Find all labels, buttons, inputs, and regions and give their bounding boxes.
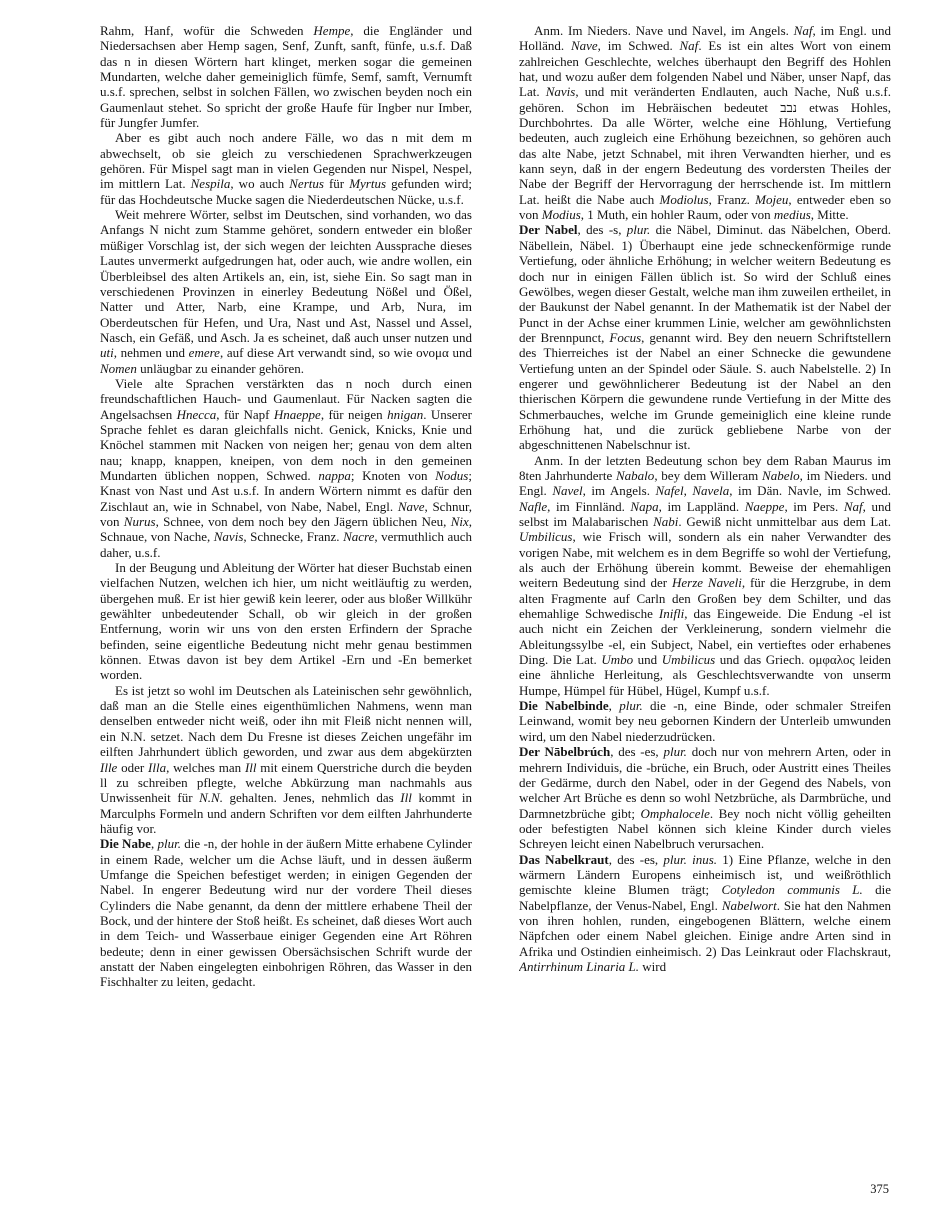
italic-term: hnigan [387, 407, 423, 422]
entry-der-nabel: Der Nabel, des -s, plur. die Näbel, Dimi… [519, 222, 891, 452]
dictionary-page: Rahm, Hanf, wofür die Schweden Hempe, di… [0, 0, 935, 1210]
text-segment: wird [639, 959, 666, 974]
text-segment: , und mit veränderten Endlauten, auch Na… [519, 84, 891, 206]
paragraph-in-der-beugung: In der Beugung und Ableitung der Wörter … [100, 560, 472, 683]
headword: Der Nābelbrúch [519, 744, 610, 759]
italic-term: Nave [398, 499, 425, 514]
text-segment: , genannt wird. Bey den neuern Schriftst… [519, 330, 891, 452]
entry-die-nabe: Die Nabe, plur. die -n, der hohle in der… [100, 836, 472, 989]
italic-term: Nespila [191, 176, 231, 191]
text-segment: Weit mehrere Wörter, selbst im Deutschen… [100, 207, 472, 345]
italic-term: Ill [245, 760, 257, 775]
italic-term: medius [774, 207, 811, 222]
italic-term: Nertus [289, 176, 324, 191]
left-column: Rahm, Hanf, wofür die Schweden Hempe, di… [100, 23, 472, 990]
italic-term: Nave [571, 38, 598, 53]
italic-term: Focus [609, 330, 641, 345]
italic-term: Hnaeppe [274, 407, 321, 422]
text-segment: , Franz. [709, 192, 756, 207]
italic-term: Hempe [313, 23, 350, 38]
text-segment: , Mitte. [811, 207, 849, 222]
italic-term: Naf [794, 23, 813, 38]
text-segment: , auf diese Art verwandt sind, so wie ον… [220, 345, 472, 360]
italic-term: plur. inus. [663, 852, 717, 867]
text-segment: , nehmen und [114, 345, 189, 360]
headword: Die Nabe [100, 836, 151, 851]
text-segment: oder [117, 760, 148, 775]
italic-term: Nabelo [762, 468, 800, 483]
italic-term: N.N. [199, 790, 223, 805]
paragraph-anm-im-nieders: Anm. Im Nieders. Nave und Navel, im Ange… [519, 23, 891, 222]
text-segment: die Näbel, Diminut. das Näbelchen, Oberd… [519, 222, 891, 344]
entry-der-nabelbruch: Der Nābelbrúch, des -es, plur. doch nur … [519, 744, 891, 851]
entry-die-nabelbinde: Die Nabelbinde, plur. die -n, eine Binde… [519, 698, 891, 744]
paragraph-rahm-hanf: Rahm, Hanf, wofür die Schweden Hempe, di… [100, 23, 472, 130]
text-segment: , im Schwed. [598, 38, 680, 53]
text-segment: die -n, der hohle in der äußern Mitte er… [100, 836, 472, 989]
text-segment: , für neigen [321, 407, 387, 422]
headword: Die Nabelbinde [519, 698, 609, 713]
paragraph-weit-mehrere: Weit mehrere Wörter, selbst im Deutschen… [100, 207, 472, 376]
text-segment: für [324, 176, 349, 191]
italic-term: Nix [451, 514, 469, 529]
text-segment: . Gewiß nicht unmittelbar aus dem Lat. [678, 514, 891, 529]
italic-term: Nafel [655, 483, 683, 498]
entry-das-nabelkraut: Das Nabelkraut, des -es, plur. inus. 1) … [519, 852, 891, 975]
paragraph-viele-alte-sprachen: Viele alte Sprachen verstärkten das n no… [100, 376, 472, 560]
text-segment: , des -es, [609, 852, 664, 867]
italic-term: Mojeu [755, 192, 788, 207]
italic-term: Herze Naveli [672, 575, 742, 590]
italic-term: Nabi [653, 514, 678, 529]
italic-term: Navela [692, 483, 729, 498]
italic-term: Napa [630, 499, 658, 514]
italic-term: plur. [619, 698, 642, 713]
headword: Das Nabelkraut [519, 852, 609, 867]
italic-term: Nomen [100, 361, 137, 376]
text-segment: , im Lappländ. [659, 499, 745, 514]
text-segment: Anm. Im Nieders. Nave und Navel, im Ange… [534, 23, 794, 38]
italic-term: Navis [214, 529, 244, 544]
text-segment: , wo auch [230, 176, 289, 191]
italic-term: Naeppe [745, 499, 785, 514]
text-segment: gehalten. Jenes, nehmlich das [223, 790, 400, 805]
italic-term: Nabalo [616, 468, 654, 483]
text-segment: , des -es, [610, 744, 663, 759]
italic-term: Nacre [343, 529, 374, 544]
text-segment: , des -s, [578, 222, 627, 237]
text-segment: , [609, 698, 620, 713]
headword: Der Nabel [519, 222, 578, 237]
text-segment: , im Pers. [784, 499, 843, 514]
italic-term: Navel [552, 483, 582, 498]
text-segment: ; Knoten von [351, 468, 435, 483]
italic-term: Modius [542, 207, 581, 222]
text-segment: , im Dän. Navle, im Schwed. [729, 483, 891, 498]
italic-term: Nodus [435, 468, 468, 483]
text-segment: , im Angels. [583, 483, 656, 498]
text-segment: , Schnecke, Franz. [243, 529, 343, 544]
italic-term: Inifli [659, 606, 684, 621]
italic-term: Nabelwort [722, 898, 777, 913]
text-segment: In der Beugung und Ableitung der Wörter … [100, 560, 472, 682]
italic-term: plur. [663, 744, 686, 759]
italic-term: plur. [627, 222, 650, 237]
italic-term: Ille [100, 760, 117, 775]
italic-term: nappa [318, 468, 351, 483]
italic-term: Umbilicus [662, 652, 715, 667]
italic-term: Ill [400, 790, 412, 805]
italic-term: Cotyledon communis L. [721, 882, 862, 897]
paragraph-es-ist-jetzt: Es ist jetzt so wohl im Deutschen als La… [100, 683, 472, 836]
text-segment: unläugbar zu einander gehören. [137, 361, 304, 376]
text-segment: Es ist jetzt so wohl im Deutschen als La… [100, 683, 472, 759]
paragraph-aber-es-gibt: Aber es gibt auch noch andere Fälle, wo … [100, 130, 472, 207]
italic-term: Umbilicus [519, 529, 572, 544]
italic-term: emere [189, 345, 220, 360]
italic-term: Myrtus [349, 176, 386, 191]
text-segment: , 1 Muth, ein hohler Raum, oder von [581, 207, 774, 222]
text-segment: , welches man [166, 760, 245, 775]
italic-term: Nurus [124, 514, 156, 529]
italic-term: Nafle [519, 499, 547, 514]
italic-term: plur. [158, 836, 181, 851]
italic-term: Modiolus [659, 192, 708, 207]
right-column: Anm. Im Nieders. Nave und Navel, im Ange… [519, 23, 891, 974]
italic-term: Umbo [601, 652, 633, 667]
text-segment: , die Engländer und Niedersachsen aber H… [100, 23, 472, 130]
italic-term: Naf [844, 499, 863, 514]
text-segment: , Schnee, von dem noch bey den Jägern üb… [156, 514, 451, 529]
text-segment: , im Finnländ. [547, 499, 630, 514]
italic-term: Hnecca [177, 407, 217, 422]
page-number: 375 [870, 1182, 889, 1197]
paragraph-anm-letzte-bedeutung: Anm. In der letzten Bedeutung schon bey … [519, 453, 891, 699]
italic-term: Illa [148, 760, 166, 775]
italic-term: Omphalocele [641, 806, 710, 821]
text-segment: , für Napf [216, 407, 274, 422]
text-segment: und [633, 652, 662, 667]
italic-term: Antirrhinum Linaria L. [519, 959, 639, 974]
text-segment: , bey dem Willeram [654, 468, 762, 483]
italic-term: uti [100, 345, 114, 360]
text-segment: Rahm, Hanf, wofür die Schweden [100, 23, 313, 38]
italic-term: Navis [546, 84, 576, 99]
italic-term: Naf [680, 38, 699, 53]
